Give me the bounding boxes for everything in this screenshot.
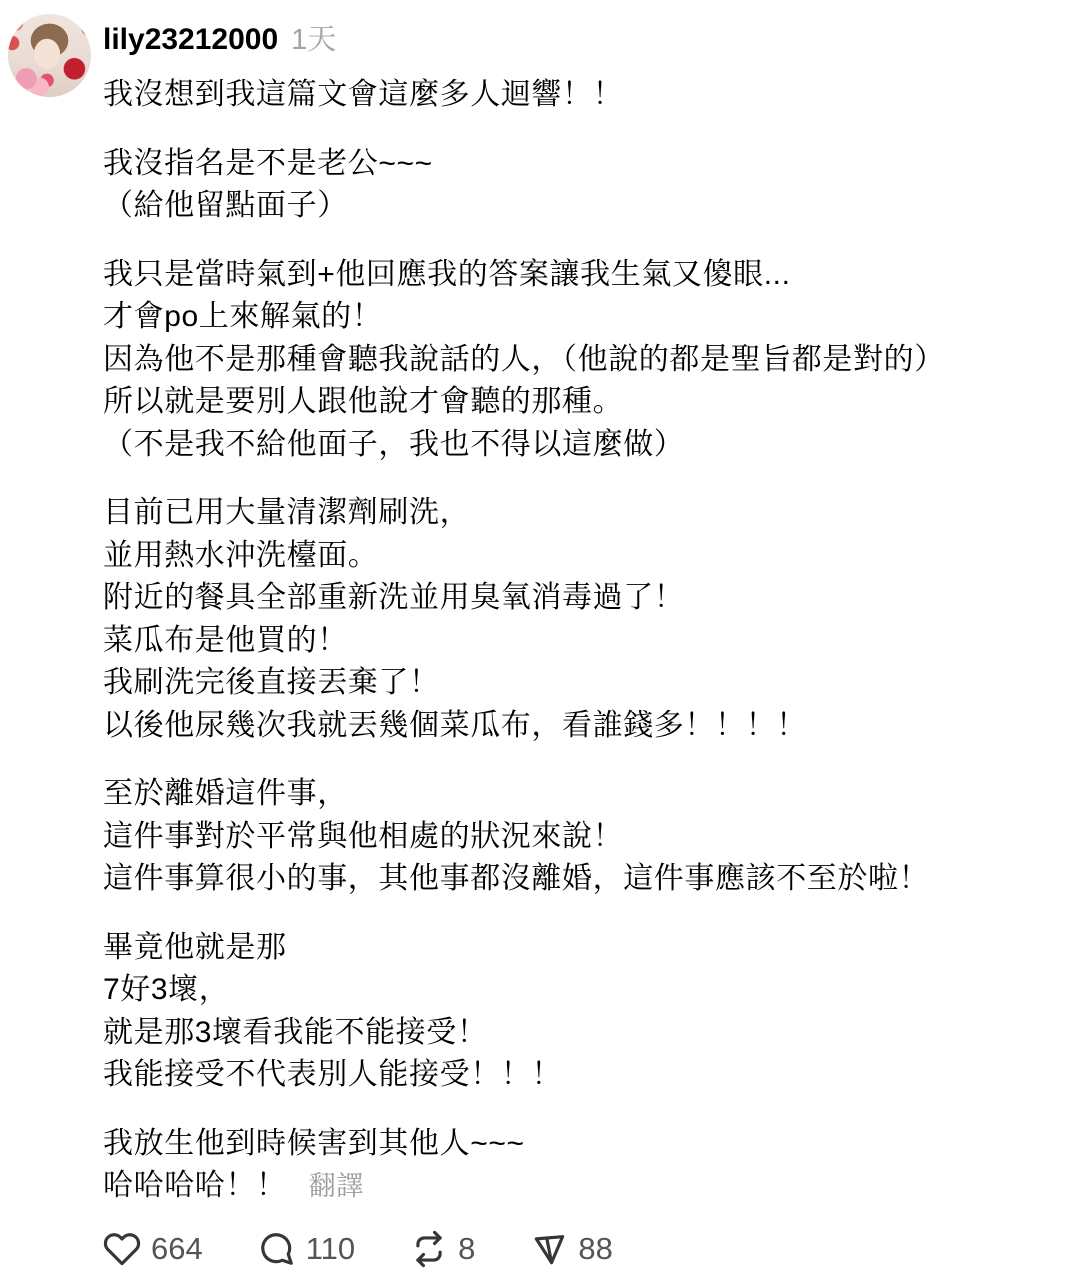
post-paragraph: 至於離婚這件事，這件事對於平常與他相處的狀況來說！這件事算很小的事，其他事都沒離…: [103, 773, 1037, 901]
post-paragraph: 我只是當時氣到+他回應我的答案讓我生氣又傻眼...才會po上來解氣的！因為他不是…: [103, 254, 1037, 467]
translate-button[interactable]: 翻譯: [309, 1171, 364, 1201]
post-line: 菜瓜布是他買的！: [103, 624, 348, 657]
post-content: lily23212000 1天 我沒想到我這篇文會這麼多人迴響！！我沒指名是不是…: [103, 14, 1037, 1276]
post-line: 哈哈哈哈！！: [103, 1169, 287, 1202]
like-button[interactable]: 664: [103, 1230, 203, 1268]
post-line: 我刷洗完後直接丟棄了！: [103, 666, 440, 699]
post-body: 我沒想到我這篇文會這麼多人迴響！！我沒指名是不是老公~~~（給他留點面子）我只是…: [103, 74, 1037, 1208]
avatar[interactable]: [8, 14, 91, 97]
post-line: 這件事算很小的事，其他事都沒離婚，這件事應該不至於啦！: [103, 862, 929, 895]
post-line: 就是那3壞看我能不能接受！: [103, 1016, 487, 1049]
timestamp: 1天: [291, 22, 336, 58]
post-line: 我只是當時氣到+他回應我的答案讓我生氣又傻眼...: [103, 258, 791, 291]
like-count: 664: [151, 1231, 203, 1267]
share-button[interactable]: 88: [530, 1230, 612, 1268]
repost-count: 8: [458, 1231, 475, 1267]
post-paragraph: 我沒指名是不是老公~~~（給他留點面子）: [103, 143, 1037, 228]
heart-icon: [103, 1230, 141, 1268]
repost-button[interactable]: 8: [410, 1230, 475, 1268]
post-line: 因為他不是那種會聽我說話的人，（他說的都是聖旨都是對的）: [103, 343, 945, 376]
post-line: 才會po上來解氣的！: [103, 300, 382, 333]
post-line: 7好3壞，: [103, 973, 229, 1006]
post-line: 這件事對於平常與他相處的狀況來說！: [103, 820, 623, 853]
post-paragraph: 我放生他到時候害到其他人~~~哈哈哈哈！！翻譯: [103, 1123, 1037, 1208]
action-bar: 664 110 8 88: [103, 1230, 1037, 1276]
post-line: 我能接受不代表別人能接受！！！: [103, 1058, 562, 1091]
post-line: 我沒想到我這篇文會這麼多人迴響！！: [103, 78, 623, 111]
post-paragraph: 我沒想到我這篇文會這麼多人迴響！！: [103, 74, 1037, 117]
username[interactable]: lily23212000: [103, 22, 278, 58]
comment-button[interactable]: 110: [258, 1230, 355, 1268]
share-count: 88: [578, 1231, 612, 1267]
post-line: （給他留點面子）: [103, 189, 348, 222]
post-line: 並用熱水沖洗檯面。: [103, 539, 378, 572]
post-line: 以後他尿幾次我就丟幾個菜瓜布，看誰錢多！！！！: [103, 709, 807, 742]
post-line: 所以就是要別人跟他說才會聽的那種。: [103, 385, 623, 418]
post-line: 畢竟他就是那: [103, 931, 287, 964]
post-line: 我放生他到時候害到其他人~~~: [103, 1127, 525, 1160]
speech-bubble-icon: [258, 1230, 296, 1268]
paper-plane-icon: [530, 1230, 568, 1268]
post-line: 至於離婚這件事，: [103, 777, 348, 810]
post-paragraph: 畢竟他就是那7好3壞，就是那3壞看我能不能接受！我能接受不代表別人能接受！！！: [103, 927, 1037, 1097]
comment-count: 110: [306, 1231, 355, 1267]
post-header: lily23212000 1天: [103, 22, 1037, 58]
post-line: 我沒指名是不是老公~~~: [103, 147, 433, 180]
post-line: 目前已用大量清潔劑刷洗，: [103, 496, 470, 529]
repost-arrows-icon: [410, 1230, 448, 1268]
post-line: 附近的餐具全部重新洗並用臭氧消毒過了！: [103, 581, 684, 614]
post-line: （不是我不給他面子，我也不得以這麼做）: [103, 428, 684, 461]
post: lily23212000 1天 我沒想到我這篇文會這麼多人迴響！！我沒指名是不是…: [0, 0, 1077, 1276]
post-paragraph: 目前已用大量清潔劑刷洗，並用熱水沖洗檯面。附近的餐具全部重新洗並用臭氧消毒過了！…: [103, 492, 1037, 747]
